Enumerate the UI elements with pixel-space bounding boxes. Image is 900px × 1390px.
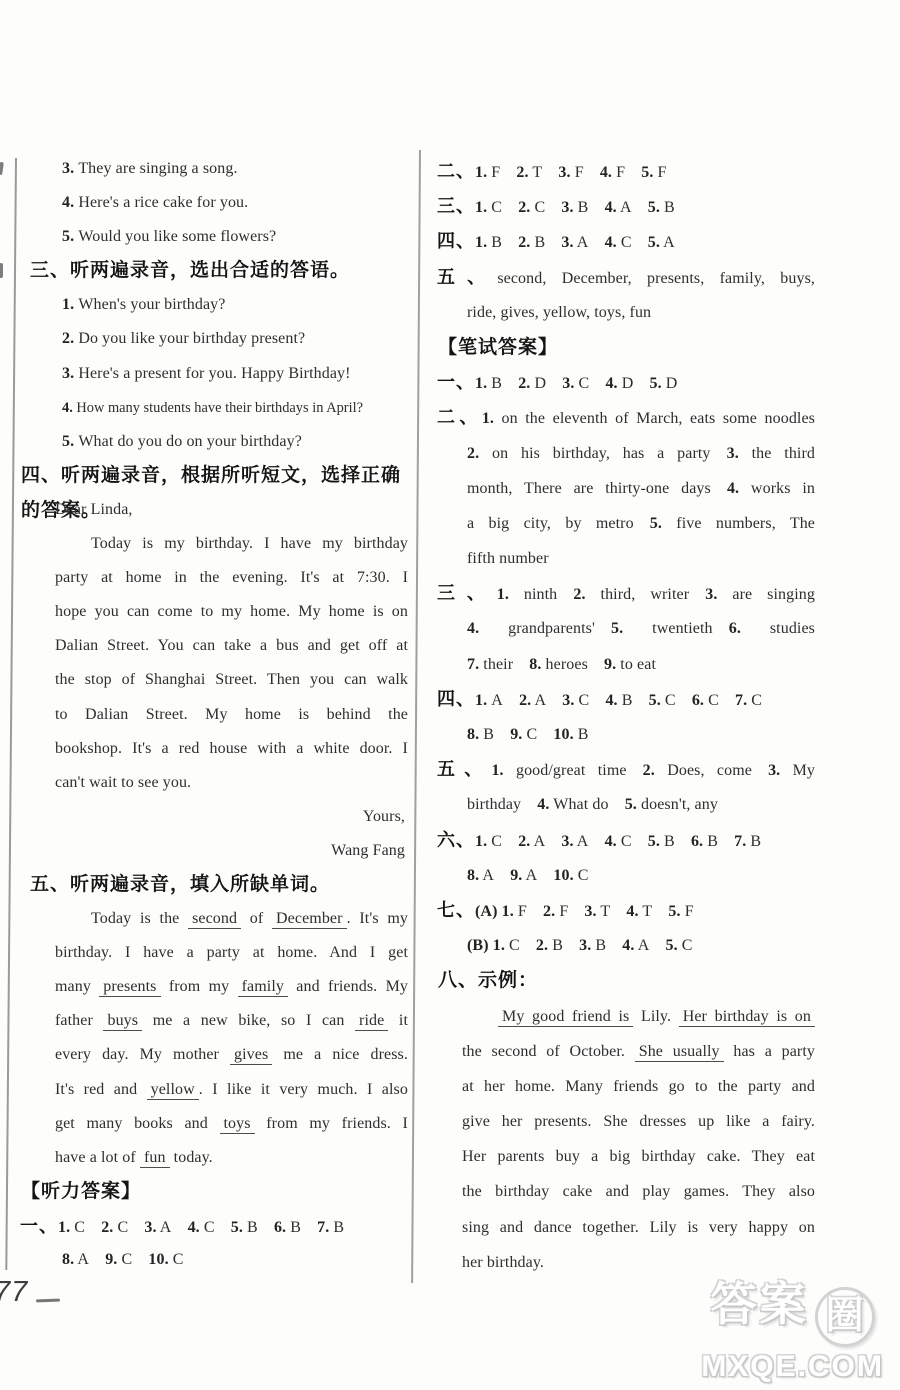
text-segment: B xyxy=(479,726,510,743)
text-segment: 4. xyxy=(605,692,617,709)
text-line: Today is the second of December. It's my xyxy=(20,902,408,936)
text-segment: Lily. xyxy=(633,1008,678,1025)
text-segment: 2. xyxy=(643,762,655,779)
underlined-answer-text: fun xyxy=(140,1149,170,1168)
text-segment: A xyxy=(487,692,519,709)
text-segment: Today is my birthday. I have my birthday xyxy=(91,535,408,552)
text-segment: from my xyxy=(161,978,238,995)
text-segment: C xyxy=(747,692,762,709)
text-line: 二、1. on the eleventh of March, eats some… xyxy=(437,400,815,435)
text-line: many presents from my family and friends… xyxy=(20,970,408,1004)
text-segment: 3. xyxy=(62,365,78,382)
left-margin-rule xyxy=(5,158,16,1270)
text-line: ride, gives, yellow, toys, fun xyxy=(437,295,815,330)
text-line: the birthday cake and play games. They a… xyxy=(437,1174,815,1209)
text-segment: 6. xyxy=(691,833,703,850)
text-segment: C xyxy=(574,375,605,392)
text-line: birthday. I have a party at home. And I … xyxy=(20,936,408,970)
text-segment: the second of October. xyxy=(462,1043,635,1060)
text-segment: 2. xyxy=(62,330,78,347)
text-line: a big city, by metro 5. five numbers, Th… xyxy=(437,506,815,541)
text-segment: When's your birthday? xyxy=(78,296,225,313)
text-segment: 1. xyxy=(475,375,487,392)
text-segment: C xyxy=(200,1219,231,1236)
text-segment: F xyxy=(487,164,516,181)
text-segment: doesn't, any xyxy=(637,796,718,813)
text-segment: A xyxy=(531,692,562,709)
text-segment: on his birthday, has a party xyxy=(479,445,726,462)
text-segment: on the eleventh of March, eats some nood… xyxy=(494,410,815,427)
text-line: 二、1. F 2. T 3. F 4. F 5. F xyxy=(437,154,815,189)
text-segment: 三、 xyxy=(437,196,475,216)
text-segment: B xyxy=(286,1219,317,1236)
text-segment: A xyxy=(157,1219,188,1236)
text-segment: father xyxy=(55,1012,103,1029)
text-segment: 3. xyxy=(561,199,573,216)
text-segment: 1. xyxy=(475,833,487,850)
text-segment: F xyxy=(555,903,584,920)
text-segment: It's red and xyxy=(55,1081,147,1098)
text-line: 五、second, December, presents, family, bu… xyxy=(437,260,815,295)
text-segment: twentieth xyxy=(623,620,728,637)
text-segment: 三、听两遍录音，选出合适的答语。 xyxy=(30,260,350,281)
watermark: 答案圈 MXQE.COM xyxy=(701,1276,884,1384)
text-segment: What do xyxy=(549,796,624,813)
text-segment: today. xyxy=(170,1149,213,1166)
text-line: 一、1. C 2. C 3. A 4. C 5. B 6. B 7. B xyxy=(20,1209,408,1243)
text-line: 一、1. B 2. D 3. C 4. D 5. D xyxy=(437,365,815,400)
text-line: 4. Here's a rice cake for you. xyxy=(20,186,408,220)
text-segment: works in xyxy=(739,480,815,497)
text-line: Dear Linda, xyxy=(20,493,408,527)
text-segment: and friends. My xyxy=(288,978,408,995)
text-segment: studies xyxy=(741,620,815,637)
text-segment: 3. xyxy=(727,445,739,462)
text-segment: me a new bike, so I can xyxy=(142,1012,355,1029)
text-segment: 2. xyxy=(573,586,585,603)
text-segment: 4. xyxy=(605,199,617,216)
text-line: give her presents. She dresses up like a… xyxy=(437,1104,815,1139)
text-segment: 5. xyxy=(650,515,662,532)
text-segment: 5. xyxy=(62,228,78,245)
text-segment: have a lot of xyxy=(55,1149,140,1166)
text-line: (B) 1. C 2. B 3. B 4. A 5. C xyxy=(437,928,815,963)
text-segment: 3. xyxy=(562,375,574,392)
text-line: 四、1. A 2. A 3. C 4. B 5. C 6. C 7. C xyxy=(437,682,815,717)
text-segment: A xyxy=(574,234,605,251)
text-segment: the stop of Shanghai Street. Then you ca… xyxy=(55,671,408,688)
text-segment: 5. xyxy=(649,692,661,709)
watermark-circle-badge: 圈 xyxy=(815,1287,875,1347)
text-segment: ninth xyxy=(509,586,573,603)
text-segment: me a nice dress. xyxy=(272,1046,408,1063)
text-segment: 3. xyxy=(561,234,573,251)
text-segment: third, writer xyxy=(586,586,706,603)
text-segment: 七、 xyxy=(437,900,475,920)
text-line: 8. B 9. C 10. B xyxy=(437,717,815,752)
text-segment: Today is the xyxy=(91,910,188,927)
text-segment: . I like it very much. I also xyxy=(199,1081,408,1098)
answer-sheet-page: 3. They are singing a song.4. Here's a r… xyxy=(0,0,900,1390)
text-line: can't wait to see you. xyxy=(20,766,408,800)
text-segment: 2. xyxy=(536,937,548,954)
text-segment: 7. xyxy=(467,656,479,673)
text-line: 8. A 9. C 10. C xyxy=(20,1243,408,1277)
text-line: 五、1. good/great time 2. Does, come 3. My xyxy=(437,752,815,787)
text-line: 四、1. B 2. B 3. A 4. C 5. A xyxy=(437,224,815,259)
text-segment: 8. xyxy=(467,867,479,884)
text-segment: the third xyxy=(739,445,815,462)
underlined-answer-text: presents xyxy=(99,978,160,997)
text-segment: 5. xyxy=(641,164,653,181)
text-segment: fifth number xyxy=(467,550,549,567)
text-segment: C xyxy=(117,1251,148,1268)
text-segment: heroes xyxy=(541,656,604,673)
text-segment: 6. xyxy=(692,692,704,709)
text-segment: 5. xyxy=(668,903,680,920)
text-segment: her birthday. xyxy=(462,1254,544,1271)
text-segment: give her presents. She dresses up like a… xyxy=(462,1113,815,1130)
text-segment: (A) 1. xyxy=(475,903,514,920)
text-line: the second of October. She usually has a… xyxy=(437,1034,815,1069)
underlined-answer-text: December xyxy=(272,910,347,929)
text-segment: B xyxy=(530,234,561,251)
text-segment: Does, come xyxy=(655,762,768,779)
text-segment: C xyxy=(574,867,589,884)
text-segment: 4. xyxy=(62,400,76,416)
text-segment: to Dalian Street. My home is behind the xyxy=(55,706,408,723)
text-segment: at her home. Many friends go to the part… xyxy=(462,1078,815,1095)
underlined-answer-text: She usually xyxy=(635,1043,724,1062)
watermark-domain: MXQE.COM xyxy=(701,1350,884,1384)
text-segment: every day. My mother xyxy=(55,1046,230,1063)
text-segment: Here's a rice cake for you. xyxy=(78,194,248,211)
text-segment: party at home in the evening. It's at 7:… xyxy=(55,569,408,586)
text-segment: A xyxy=(617,199,648,216)
text-segment: 8. xyxy=(529,656,541,673)
text-line: 七、(A) 1. F 2. F 3. T 4. T 5. F xyxy=(437,893,815,928)
text-line: every day. My mother gives me a nice dre… xyxy=(20,1038,408,1072)
text-segment: 7. xyxy=(317,1219,329,1236)
text-line: father buys me a new bike, so I can ride… xyxy=(20,1004,408,1038)
text-segment: 一、 xyxy=(437,372,475,392)
text-segment: C xyxy=(487,199,518,216)
text-segment: A xyxy=(74,1251,105,1268)
text-segment: 7. xyxy=(734,833,746,850)
text-segment: C xyxy=(505,937,536,954)
text-segment: C xyxy=(617,234,648,251)
text-line: 六、1. C 2. A 3. A 4. C 5. B 6. B 7. B xyxy=(437,823,815,858)
text-segment: the birthday cake and play games. They a… xyxy=(462,1183,815,1200)
text-segment: B xyxy=(329,1219,344,1236)
text-line: It's red and yellow. I like it very much… xyxy=(20,1073,408,1107)
text-segment: 5. xyxy=(648,199,660,216)
text-line: 八、示例： xyxy=(437,963,815,998)
text-segment: 3. xyxy=(584,903,596,920)
text-segment: 9. xyxy=(604,656,616,673)
text-segment: 8. xyxy=(467,726,479,743)
text-segment: C xyxy=(169,1251,184,1268)
text-line: the stop of Shanghai Street. Then you ca… xyxy=(20,663,408,697)
text-segment: 1. xyxy=(482,410,494,427)
text-line: 5. Would you like some flowers? xyxy=(20,220,408,254)
underlined-answer-text: gives xyxy=(230,1046,272,1065)
text-segment: What do you do on your birthday? xyxy=(78,433,302,450)
text-line: 2. Do you like your birthday present? xyxy=(20,322,408,356)
text-line: 四、听两遍录音，根据所听短文，选择正确的答案。 xyxy=(20,459,408,493)
text-segment: Her parents buy a big birthday cake. The… xyxy=(462,1148,815,1165)
text-segment: 6. xyxy=(729,620,741,637)
text-segment: grandparents' xyxy=(479,620,611,637)
text-segment: C xyxy=(617,833,648,850)
text-line: sing and dance together. Lily is very ha… xyxy=(437,1210,815,1245)
text-segment: 4. xyxy=(605,833,617,850)
text-segment: 二、 xyxy=(437,161,475,181)
text-segment: A xyxy=(660,234,675,251)
text-segment: get many books and xyxy=(55,1115,220,1132)
text-segment: 1. xyxy=(491,762,503,779)
text-segment: C xyxy=(574,692,605,709)
text-line: her birthday. xyxy=(437,1245,815,1280)
text-segment: B xyxy=(548,937,579,954)
watermark-circled-char: 圈 xyxy=(826,1295,864,1337)
text-segment: 五、 xyxy=(437,759,491,779)
text-segment: their xyxy=(479,656,529,673)
text-segment: 3. xyxy=(144,1219,156,1236)
text-line: to Dalian Street. My home is behind the xyxy=(20,698,408,732)
text-segment: Wang Fang xyxy=(331,842,405,859)
text-segment: A xyxy=(574,833,605,850)
text-line: 【笔试答案】 xyxy=(437,330,815,365)
text-segment: can't wait to see you. xyxy=(55,774,191,791)
text-segment: B xyxy=(574,199,605,216)
text-segment: Do you like your birthday present? xyxy=(78,330,305,347)
text-line: Her parents buy a big birthday cake. The… xyxy=(437,1139,815,1174)
text-segment: month, There are thirty-one days xyxy=(467,480,727,497)
underlined-answer-text: Her birthday is on xyxy=(679,1008,815,1027)
text-line: 三、听两遍录音，选出合适的答语。 xyxy=(20,254,408,288)
text-segment: B xyxy=(243,1219,274,1236)
text-segment: B xyxy=(746,833,761,850)
text-segment: it xyxy=(388,1012,408,1029)
text-segment: B xyxy=(487,375,518,392)
text-line: bookshop. It's a red house with a white … xyxy=(20,732,408,766)
text-segment: 2. xyxy=(516,164,528,181)
text-segment: D xyxy=(618,375,650,392)
text-line: 4. How many students have their birthday… xyxy=(20,391,408,425)
text-segment: T xyxy=(639,903,669,920)
text-segment: 2. xyxy=(467,445,479,462)
scan-edge-mark xyxy=(0,162,4,175)
text-segment: 4. xyxy=(62,194,78,211)
text-segment: birthday. I have a party at home. And I … xyxy=(55,944,408,961)
text-segment: 【听力答案】 xyxy=(21,1181,141,1202)
text-segment: B xyxy=(703,833,734,850)
text-segment: bookshop. It's a red house with a white … xyxy=(55,740,408,757)
text-segment: 9. xyxy=(105,1251,117,1268)
text-segment: B xyxy=(487,234,518,251)
text-segment: F xyxy=(681,903,694,920)
text-segment: 4. xyxy=(605,375,617,392)
underlined-answer-text: ride xyxy=(355,1012,388,1031)
text-segment: 3. xyxy=(562,692,574,709)
text-segment: Yours, xyxy=(363,808,405,825)
text-line: 2. on his birthday, has a party 3. the t… xyxy=(437,436,815,471)
text-line: Today is my birthday. I have my birthday xyxy=(20,527,408,561)
text-segment: C xyxy=(113,1219,144,1236)
text-segment: B xyxy=(660,199,675,216)
text-segment: sing and dance together. Lily is very ha… xyxy=(462,1219,815,1236)
watermark-brand-text: 答案 xyxy=(711,1278,809,1330)
text-segment: 四、 xyxy=(437,231,475,251)
text-segment: 一、 xyxy=(20,1216,58,1236)
text-line: 【听力答案】 xyxy=(20,1175,408,1209)
text-segment: D xyxy=(530,375,562,392)
text-segment: 4. xyxy=(537,796,549,813)
text-line: 1. When's your birthday? xyxy=(20,288,408,322)
text-segment: 10. xyxy=(553,867,573,884)
page-number-dash xyxy=(36,1299,60,1302)
underlined-answer-text: buys xyxy=(103,1012,142,1031)
text-segment: 1. xyxy=(475,234,487,251)
text-segment: many xyxy=(55,978,99,995)
text-segment: 3. xyxy=(62,160,78,177)
text-segment: 1. xyxy=(475,199,487,216)
text-segment: ride, gives, yellow, toys, fun xyxy=(467,304,651,321)
text-segment: to eat xyxy=(616,656,656,673)
text-segment: D xyxy=(662,375,678,392)
text-segment: 1. xyxy=(475,692,487,709)
text-line: Yours, xyxy=(20,800,408,834)
underlined-answer-text: My good friend is xyxy=(498,1008,633,1027)
text-segment: 四、 xyxy=(437,689,475,709)
text-segment: 5. xyxy=(648,833,660,850)
text-line: month, There are thirty-one days 4. work… xyxy=(437,471,815,506)
text-segment: F xyxy=(514,903,543,920)
text-segment: 4. xyxy=(188,1219,200,1236)
text-segment: 八、示例： xyxy=(438,970,538,991)
text-line: 三、1. C 2. C 3. B 4. A 5. B xyxy=(437,189,815,224)
text-line: party at home in the evening. It's at 7:… xyxy=(20,561,408,595)
text-segment: B xyxy=(574,726,589,743)
text-segment: 1. xyxy=(475,164,487,181)
text-line: 五、听两遍录音，填入所缺单词。 xyxy=(20,868,408,902)
text-segment: 2. xyxy=(518,234,530,251)
text-segment: 5. xyxy=(231,1219,243,1236)
text-segment: C xyxy=(530,199,561,216)
page-number: 77 xyxy=(0,1276,28,1309)
text-segment: 2. xyxy=(519,692,531,709)
text-segment: How many students have their birthdays i… xyxy=(76,400,363,416)
text-segment: of xyxy=(241,910,272,927)
text-segment: five numbers, The xyxy=(662,515,815,532)
text-segment: birthday xyxy=(467,796,537,813)
text-segment: B xyxy=(591,937,622,954)
text-segment: 5. xyxy=(611,620,623,637)
underlined-answer-text: family xyxy=(238,978,288,997)
text-segment: 2. xyxy=(518,833,530,850)
text-segment: 9. xyxy=(510,867,522,884)
text-segment: Dalian Street. You can take a bus and ge… xyxy=(55,637,408,654)
text-line: 4. grandparents' 5. twentieth 6. studies xyxy=(437,611,815,646)
text-segment: 4. xyxy=(727,480,739,497)
text-segment: 五、 xyxy=(437,267,497,287)
text-segment: C xyxy=(678,937,693,954)
text-segment: 5. xyxy=(62,433,78,450)
text-segment: 5. xyxy=(665,937,677,954)
text-segment: 2. xyxy=(518,375,530,392)
right-column: 二、1. F 2. T 3. F 4. F 5. F三、1. C 2. C 3.… xyxy=(437,154,815,1280)
text-segment: 4. xyxy=(605,234,617,251)
text-segment: 4. xyxy=(626,903,638,920)
text-segment: C xyxy=(704,692,735,709)
text-segment: 3. xyxy=(579,937,591,954)
text-segment: A xyxy=(635,937,666,954)
text-segment: T xyxy=(597,903,627,920)
text-line: fifth number xyxy=(437,541,815,576)
text-segment: are singing xyxy=(717,586,815,603)
text-segment: 4. xyxy=(467,620,479,637)
text-segment: B xyxy=(660,833,691,850)
text-line: Dalian Street. You can take a bus and ge… xyxy=(20,629,408,663)
text-segment: 9. xyxy=(510,726,522,743)
text-segment: 3. xyxy=(558,164,570,181)
text-segment: 3. xyxy=(768,762,780,779)
text-segment: F xyxy=(653,164,666,181)
text-segment: C xyxy=(70,1219,101,1236)
text-segment: T xyxy=(529,164,559,181)
text-line: get many books and toys from my friends.… xyxy=(20,1107,408,1141)
text-segment: from my friends. I xyxy=(255,1115,408,1132)
text-segment: Would you like some flowers? xyxy=(78,228,276,245)
text-segment: 五、听两遍录音，填入所缺单词。 xyxy=(30,874,330,895)
text-segment: C xyxy=(487,833,518,850)
text-segment: 2. xyxy=(543,903,555,920)
text-segment: 1. xyxy=(62,296,78,313)
text-segment: 10. xyxy=(553,726,573,743)
text-segment: 六、 xyxy=(437,830,475,850)
text-segment: 4. xyxy=(600,164,612,181)
text-segment: 1. xyxy=(58,1219,70,1236)
text-segment: second, December, presents, family, buys… xyxy=(497,270,815,287)
text-segment: has a party xyxy=(724,1043,815,1060)
text-segment: 二、 xyxy=(437,407,482,427)
text-segment: They are singing a song. xyxy=(78,160,237,177)
text-segment: a big city, by metro xyxy=(467,515,650,532)
text-segment: B xyxy=(618,692,649,709)
text-segment: 5. xyxy=(648,234,660,251)
text-line: Wang Fang xyxy=(20,834,408,868)
text-segment: Here's a present for you. Happy Birthday… xyxy=(78,365,350,382)
text-segment: C xyxy=(661,692,692,709)
underlined-answer-text: yellow xyxy=(147,1081,199,1100)
text-segment: 3. xyxy=(705,586,717,603)
text-line: 8. A 9. A 10. C xyxy=(437,858,815,893)
column-divider-rule xyxy=(411,150,421,1283)
left-column: 3. They are singing a song.4. Here's a r… xyxy=(20,152,408,1277)
text-segment: F xyxy=(571,164,600,181)
scan-edge-mark xyxy=(0,263,3,278)
text-segment: A xyxy=(522,867,553,884)
text-line: at her home. Many friends go to the part… xyxy=(437,1069,815,1104)
text-line: 三、1. ninth 2. third, writer 3. are singi… xyxy=(437,576,815,611)
text-segment: 三、 xyxy=(437,583,497,603)
underlined-answer-text: second xyxy=(188,910,241,929)
text-line: 7. their 8. heroes 9. to eat xyxy=(437,647,815,682)
text-line: 5. What do you do on your birthday? xyxy=(20,425,408,459)
text-segment: 7. xyxy=(735,692,747,709)
text-line: birthday 4. What do 5. doesn't, any xyxy=(437,787,815,822)
